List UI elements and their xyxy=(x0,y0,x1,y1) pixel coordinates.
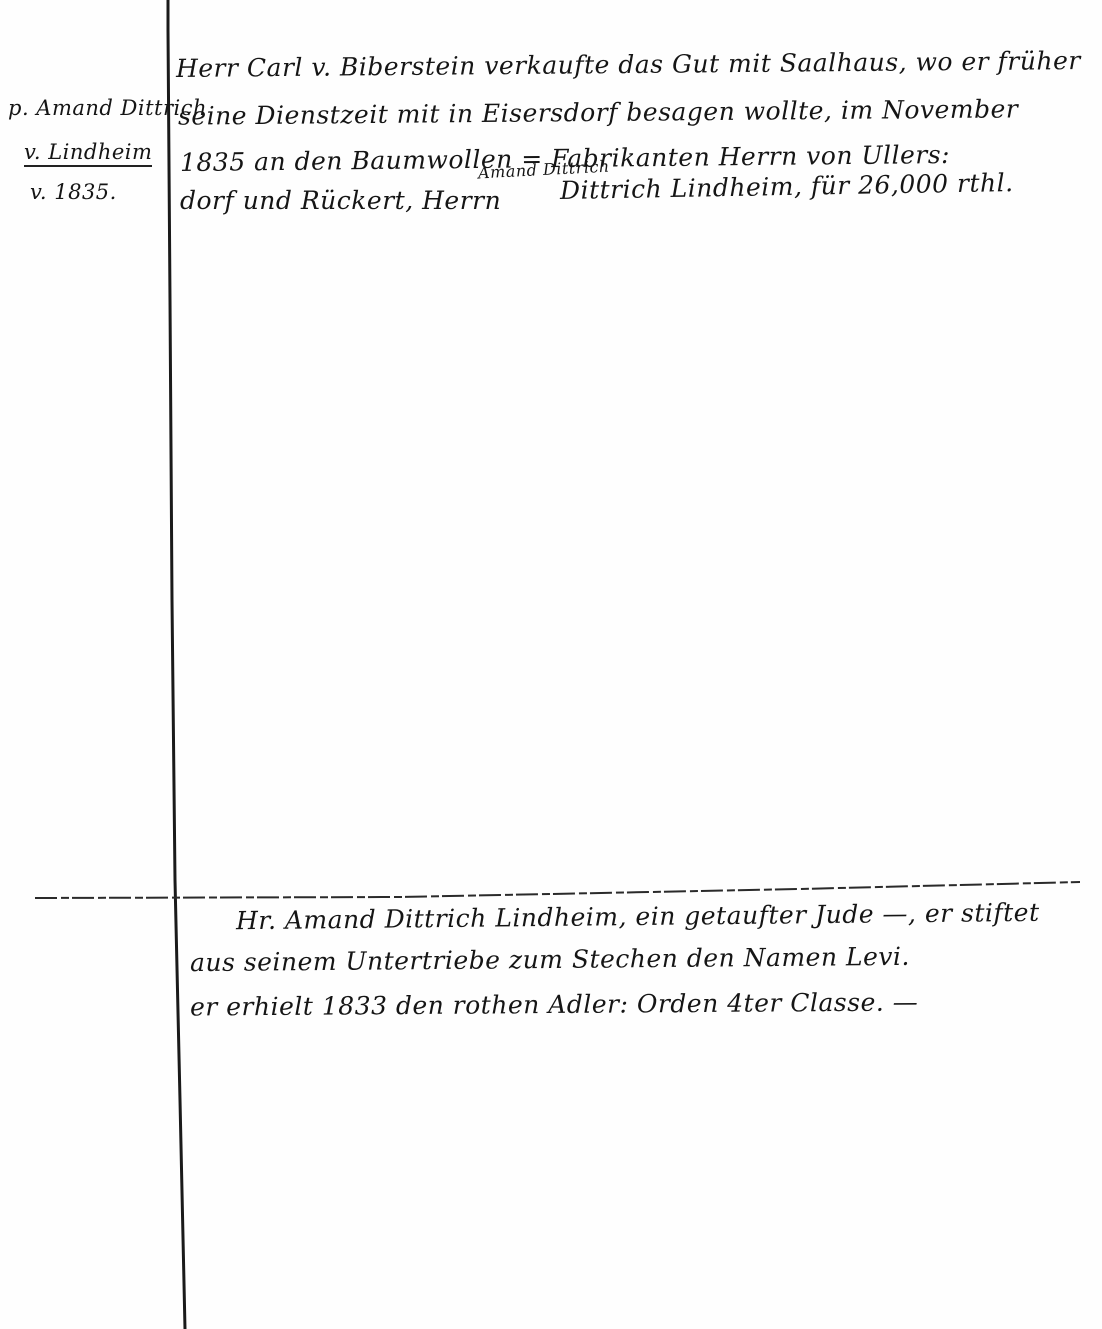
entry-separator xyxy=(35,882,1080,898)
entry-2-line-1: Hr. Amand Dittrich Lindheim, ein getauft… xyxy=(236,898,1040,935)
entry-2-line-2: aus seinem Untertriebe zum Stechen den N… xyxy=(190,942,910,977)
document-page: p. Amand Dittrich v. Lindheim v. 1835. H… xyxy=(0,0,1102,1329)
entry-1-line-4a: dorf und Rückert, Herrn xyxy=(180,186,501,215)
margin-line-2: v. Lindheim xyxy=(24,140,152,164)
margin-line-2-text: v. Lindheim xyxy=(24,140,152,167)
entry-2-line-3: er erhielt 1833 den rothen Adler: Orden … xyxy=(190,987,918,1021)
entry-1-line-1: Herr Carl v. Biberstein verkaufte das Gu… xyxy=(176,46,1081,83)
entry-1-line-4b: Dittrich Lindheim, für 26,000 rthl. xyxy=(560,168,1014,205)
ruled-lines xyxy=(0,0,1102,1329)
entry-1-line-2: seine Dienstzeit mit in Eisersdorf besag… xyxy=(178,94,1019,130)
margin-line-3: v. 1835. xyxy=(30,180,117,204)
